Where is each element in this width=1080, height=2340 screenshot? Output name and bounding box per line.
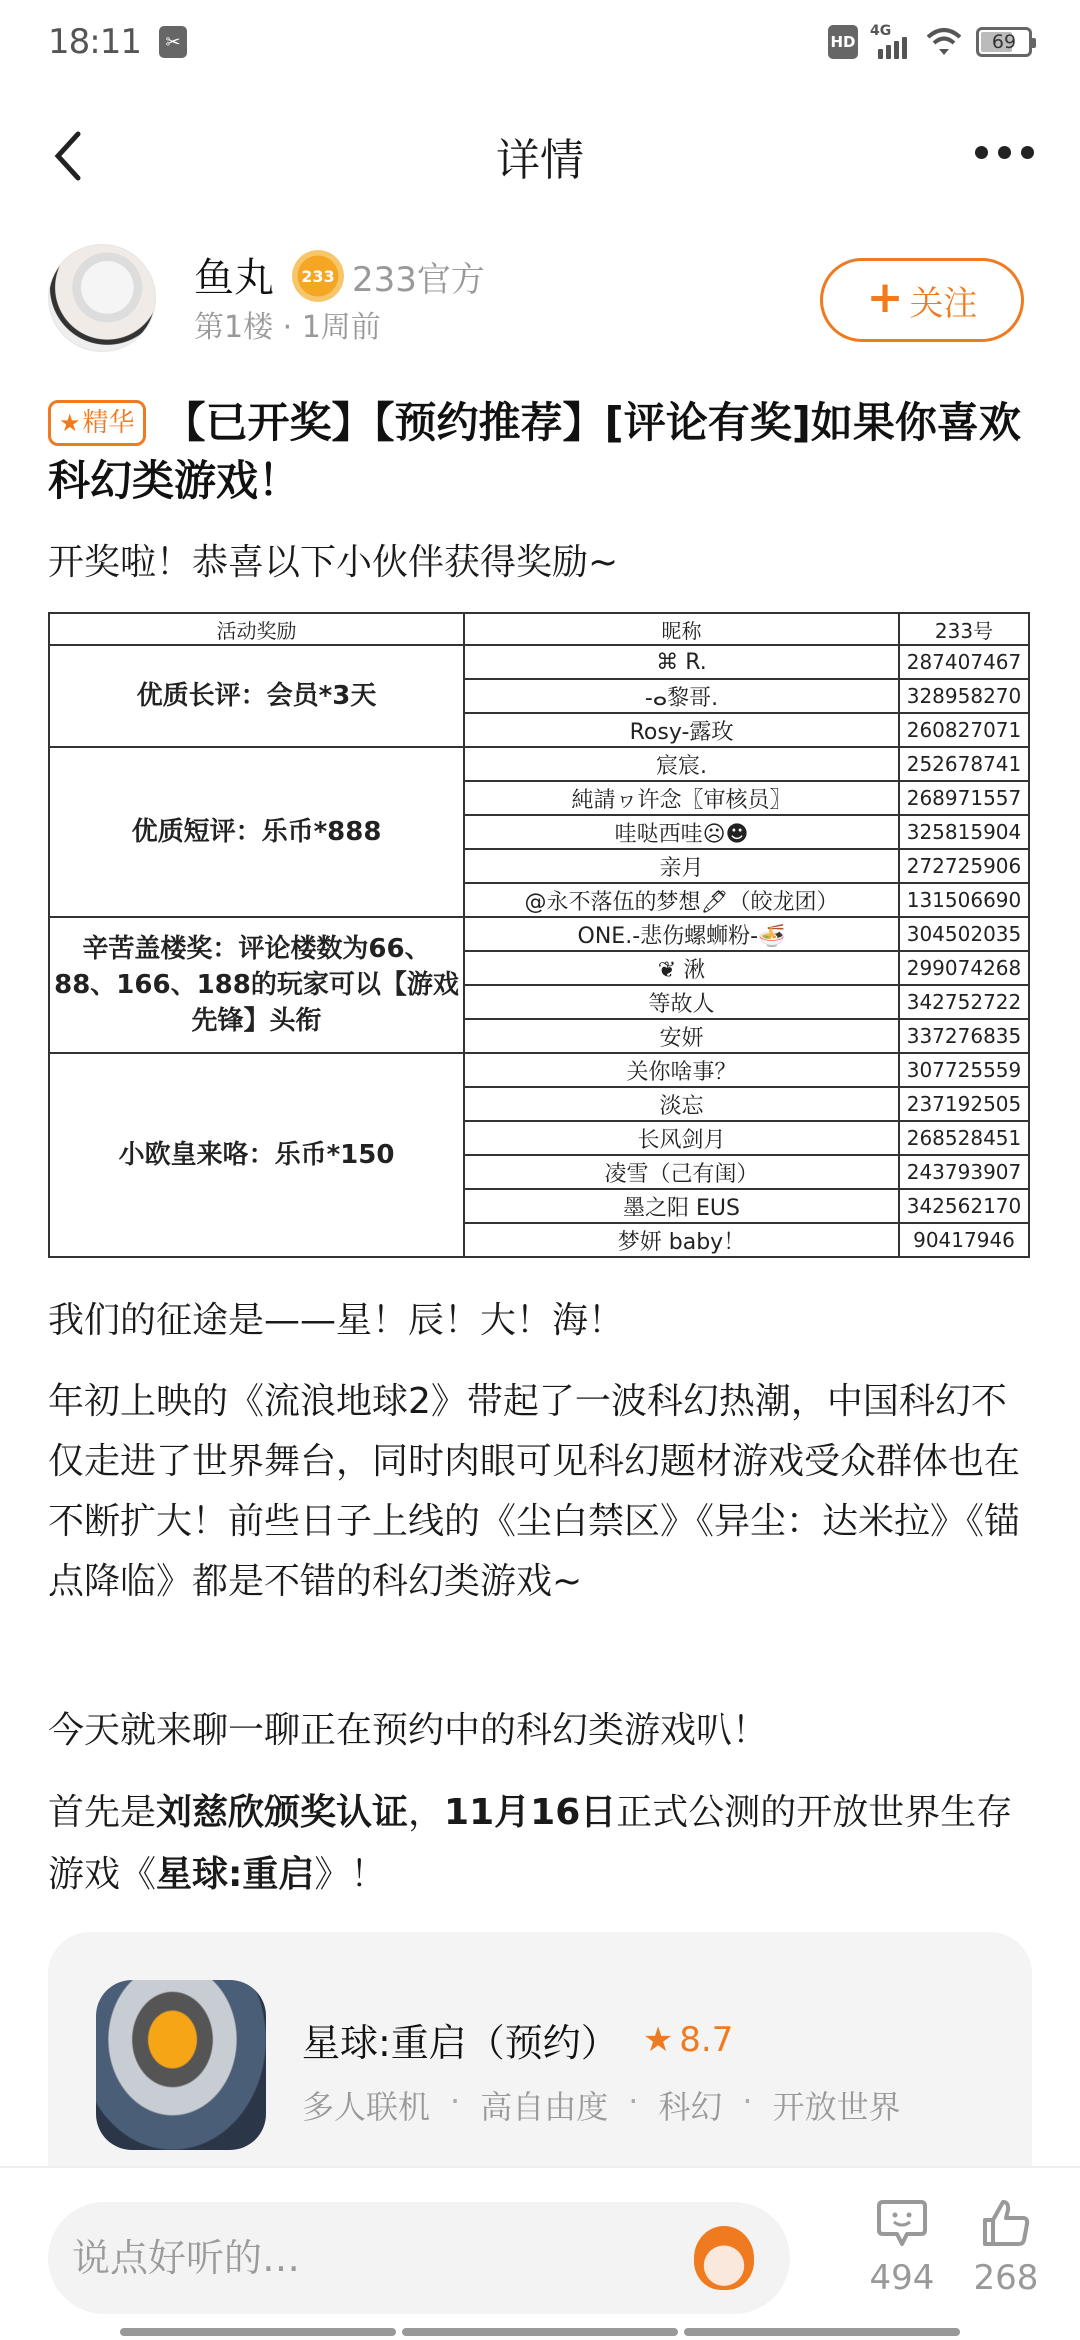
id-cell: 342562170 [899, 1189, 1029, 1223]
header-nickname: 昵称 [464, 613, 899, 645]
nickname-cell: 安妍 [464, 1019, 899, 1053]
id-cell: 342752722 [899, 985, 1029, 1019]
id-cell: 243793907 [899, 1155, 1029, 1189]
status-bar: 18:11 ✂ HD 4G 69 [0, 0, 1080, 84]
nickname-cell: 凌雪（己有闺） [464, 1155, 899, 1189]
game-rating: ★ 8.7 [643, 2020, 734, 2060]
game-icon [96, 1980, 266, 2150]
id-cell: 260827071 [899, 713, 1029, 747]
award-cell: 辛苦盖楼奖：评论楼数为66、88、166、188的玩家可以【游戏先锋】头衔 [49, 917, 464, 1053]
header-id: 233号 [899, 613, 1029, 645]
id-cell: 252678741 [899, 747, 1029, 781]
nickname-cell: 关你啥事？ [464, 1053, 899, 1087]
table-row: 小欧皇来咯：乐币*150 关你啥事？ 307725559 [49, 1053, 1029, 1087]
post-title: ★ 精华 【已开奖】【预约推荐】[评论有奖]如果你喜欢科幻类游戏！ [48, 394, 1038, 510]
nickname-cell: @永不落伍的梦想🖊（皎龙团） [464, 883, 899, 917]
id-cell: 304502035 [899, 917, 1029, 951]
id-cell: 337276835 [899, 1019, 1029, 1053]
author-row: 鱼丸 233 233官方 第1楼 · 1周前 + 关注 [48, 244, 1032, 354]
nickname-cell: 哇哒西哇☹☻ [464, 815, 899, 849]
paragraph-4: 首先是刘慈欣颁奖认证，11月16日正式公测的开放世界生存游戏《星球:重启》！ [48, 1782, 1038, 1906]
game-card[interactable]: 星球:重启（预约） ★ 8.7 多人联机 · 高自由度 · 科幻 · 开放世界 [48, 1932, 1032, 2172]
nickname-cell: 純請ヮ许念〖审核员〗 [464, 781, 899, 815]
game-tag: 高自由度 [480, 2082, 608, 2128]
paragraph-2: 年初上映的《流浪地球2》带起了一波科幻热潮，中国科幻不仅走进了世界舞台，同时肉眼… [48, 1372, 1038, 1612]
paragraph-1: 我们的征途是——星！辰！大！海！ [48, 1292, 1038, 1350]
id-cell: 307725559 [899, 1053, 1029, 1087]
nickname-cell: ONE.-悲伤螺蛳粉-🍜 [464, 917, 899, 951]
table-header-row: 活动奖励 昵称 233号 [49, 613, 1029, 645]
back-arrow-icon[interactable] [48, 128, 88, 184]
official-label: 233官方 [352, 252, 485, 301]
highlight-game: 星球:重启 [156, 1854, 314, 1895]
intro-text: 开奖啦！恭喜以下小伙伴获得奖励~ [48, 534, 1038, 592]
award-cell: 小欧皇来咯：乐币*150 [49, 1053, 464, 1257]
header-award: 活动奖励 [49, 613, 464, 645]
star-icon: ★ [643, 2020, 673, 2060]
post-title-text: 【已开奖】【预约推荐】[评论有奖]如果你喜欢科幻类游戏！ [48, 398, 1021, 505]
prize-winners-table: 活动奖励 昵称 233号 优质长评：会员*3天 ⌘ R. 287407467 -… [48, 612, 1030, 1258]
star-icon: ★ [59, 394, 81, 452]
nickname-cell: ⌘ R. [464, 645, 899, 679]
highlight-award: 刘慈欣颁奖认证 [156, 1792, 408, 1833]
id-cell: 328958270 [899, 679, 1029, 713]
id-cell: 131506690 [899, 883, 1029, 917]
author-avatar[interactable] [48, 244, 156, 352]
award-cell: 优质长评：会员*3天 [49, 645, 464, 747]
game-tag: 多人联机 [302, 2082, 430, 2128]
game-tag: 开放世界 [773, 2082, 901, 2128]
page-title: 详情 [496, 124, 584, 188]
id-cell: 325815904 [899, 815, 1029, 849]
status-time: 18:11 [48, 22, 141, 62]
comment-icon [875, 2196, 929, 2250]
table-row: 优质长评：会员*3天 ⌘ R. 287407467 [49, 645, 1029, 679]
cellular-signal-icon: 4G [872, 25, 912, 59]
bottom-action-bar: 494 268 [0, 2166, 1080, 2340]
id-cell: 237192505 [899, 1087, 1029, 1121]
follow-button[interactable]: + 关注 [820, 258, 1024, 342]
thumbs-up-icon [979, 2196, 1033, 2250]
nickname-cell: 等故人 [464, 985, 899, 1019]
nickname-cell: 墨之阳 EUS [464, 1189, 899, 1223]
id-cell: 268971557 [899, 781, 1029, 815]
essence-tag: ★ 精华 [48, 400, 146, 446]
nickname-cell: 梦妍 baby！ [464, 1223, 899, 1257]
plus-icon: + [867, 276, 904, 320]
more-options-icon[interactable] [975, 146, 1034, 159]
nickname-cell: 长风剑月 [464, 1121, 899, 1155]
battery-icon: 69 [976, 27, 1032, 57]
nickname-cell: Rosy-露玫 [464, 713, 899, 747]
comment-count: 494 [870, 2258, 935, 2298]
game-tags: 多人联机 · 高自由度 · 科幻 · 开放世界 [302, 2082, 901, 2128]
nickname-cell: 宸宸. [464, 747, 899, 781]
nickname-cell: ❦ 湫 [464, 951, 899, 985]
comment-input[interactable] [48, 2202, 790, 2314]
top-nav-bar: 详情 [0, 96, 1080, 216]
status-icons: HD 4G 69 [828, 25, 1032, 59]
game-tag: 科幻 [658, 2082, 722, 2128]
nickname-cell: -ⴰ黎哥. [464, 679, 899, 713]
paragraph-3: 今天就来聊一聊正在预约中的科幻类游戏叭！ [48, 1702, 1038, 1760]
table-row: 优质短评：乐币*888 宸宸. 252678741 [49, 747, 1029, 781]
id-cell: 272725906 [899, 849, 1029, 883]
official-badge-icon: 233 [292, 250, 344, 302]
game-name: 星球:重启（预约） ★ 8.7 [302, 2012, 733, 2067]
emoji-mascot-icon[interactable] [694, 2226, 754, 2290]
like-count: 268 [974, 2258, 1039, 2298]
wifi-icon [926, 27, 962, 57]
gesture-bar[interactable] [120, 2328, 960, 2336]
author-name[interactable]: 鱼丸 [194, 246, 274, 303]
comment-button[interactable]: 494 [862, 2196, 942, 2298]
post-meta: 第1楼 · 1周前 [194, 302, 381, 346]
follow-label: 关注 [909, 276, 977, 325]
id-cell: 268528451 [899, 1121, 1029, 1155]
id-cell: 299074268 [899, 951, 1029, 985]
award-cell: 优质短评：乐币*888 [49, 747, 464, 917]
hd-icon: HD [828, 25, 858, 59]
table-row: 辛苦盖楼奖：评论楼数为66、88、166、188的玩家可以【游戏先锋】头衔 ON… [49, 917, 1029, 951]
like-button[interactable]: 268 [966, 2196, 1046, 2298]
id-cell: 287407467 [899, 645, 1029, 679]
nickname-cell: 淡忘 [464, 1087, 899, 1121]
highlight-date: 11月16日 [444, 1792, 616, 1833]
id-cell: 90417946 [899, 1223, 1029, 1257]
nickname-cell: 亲月 [464, 849, 899, 883]
screenshot-app-icon: ✂ [159, 26, 187, 58]
